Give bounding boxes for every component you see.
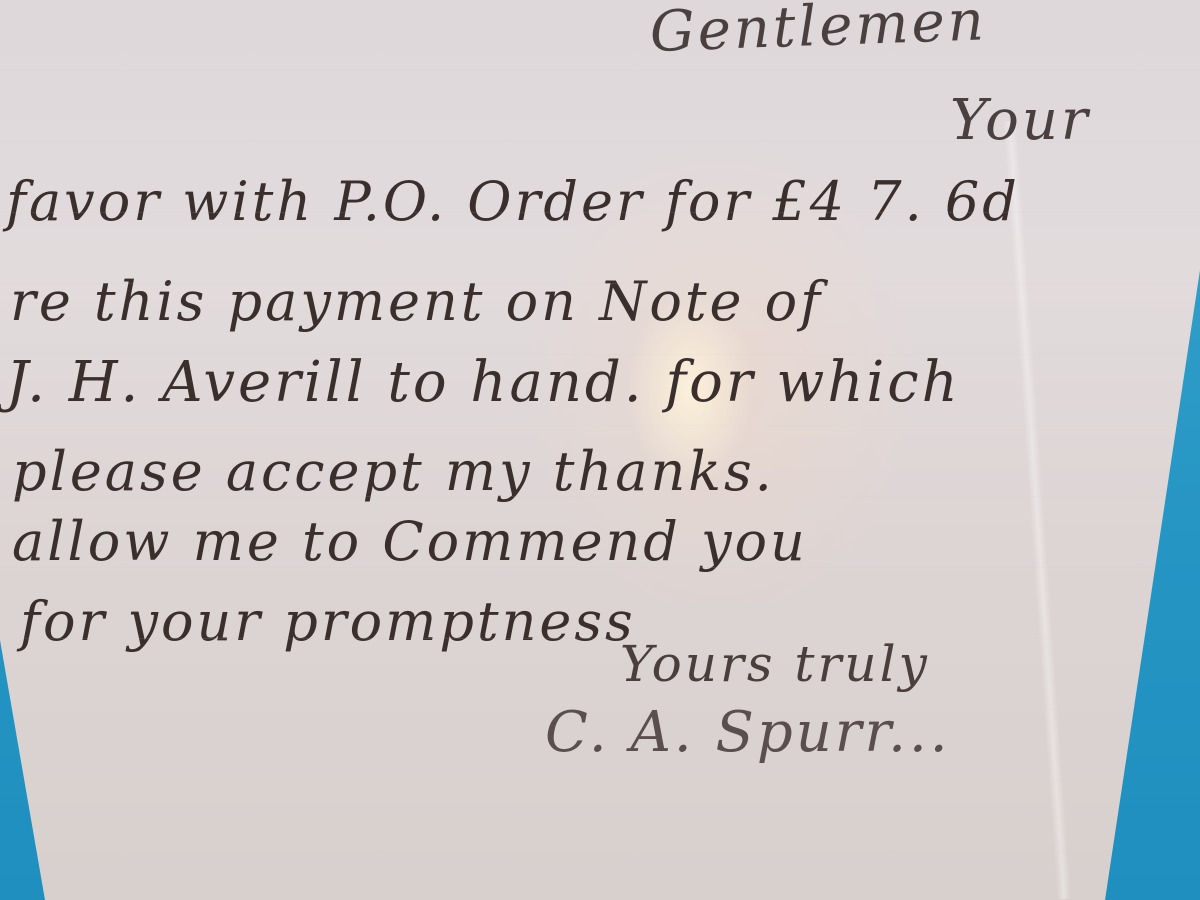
letter-line: re this payment on Note of bbox=[10, 270, 823, 333]
letter-paper: Gentlemen Your favor with P.O. Order for… bbox=[0, 0, 1200, 900]
signature: C. A. Spurr... bbox=[545, 700, 951, 765]
letter-line: favor with P.O. Order for £4 7. 6d bbox=[6, 170, 1020, 233]
paper-fold bbox=[1003, 120, 1071, 899]
letter-line: please accept my thanks. bbox=[12, 440, 775, 503]
letter-line: for your promptness bbox=[20, 590, 636, 653]
letter-line: J. H. Averill to hand. for which bbox=[6, 350, 961, 415]
letter-line-your: Your bbox=[950, 88, 1091, 153]
closing: Yours truly bbox=[620, 635, 930, 693]
letter-line: allow me to Commend you bbox=[12, 510, 808, 573]
salutation: Gentlemen bbox=[649, 0, 988, 65]
